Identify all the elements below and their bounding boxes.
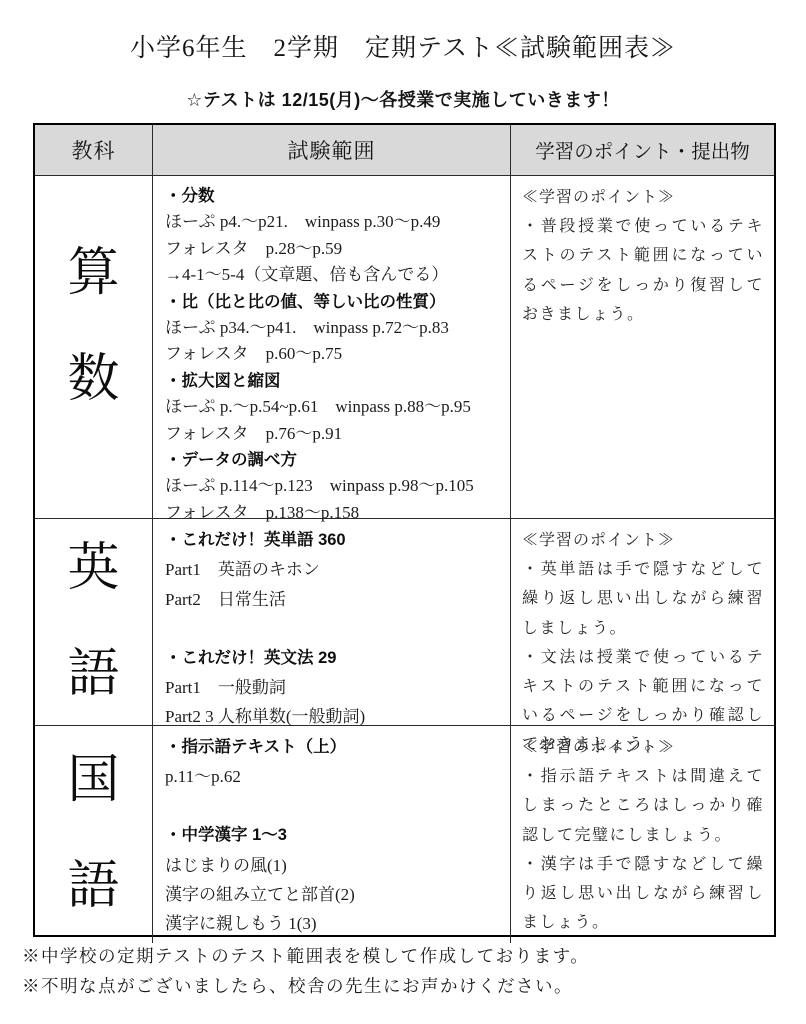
points-text: ・普段授業で使っているテキストのテスト範囲になっているページをしっかり復習してお… [522,212,764,329]
range-line: ほーぷ p4.～p21. winpass p.30～p.49 [165,209,506,235]
points-heading: ≪学習のポイント≫ [522,733,764,762]
range-line: Part1 一般動詞 [165,673,506,702]
range-line: →4-1～5-4（文章題、倍も含んでる） [165,262,506,288]
subject-char: 数 [67,354,119,406]
range-line: ・データの調べ方 [165,447,506,473]
test-range-table: 教科 試験範囲 学習のポイント・提出物 算 数 ・分数 ほーぷ p4.～p21.… [33,123,776,937]
points-text: ・漢字は手で隠すなどして繰り返し思い出しながら練習しましょう。 [522,850,764,938]
range-cell-english: ・これだけ！英単語 360 Part1 英語のキホン Part2 日常生活 ・こ… [153,519,511,726]
range-line: ・分数 [165,183,506,209]
footnotes: ※中学校の定期テストのテスト範囲表を模して作成しております。 ※不明な点がござい… [22,941,782,1001]
range-line: 漢字の組み立てと部首(2) [165,880,506,909]
subject-char: 語 [67,861,119,913]
footnote-line: ※中学校の定期テストのテスト範囲表を模して作成しております。 [22,941,782,971]
range-line: ほーぷ p.～p.54~p.61 winpass p.88～p.95 [165,394,506,420]
range-cell-japanese: ・指示語テキスト（上） p.11～p.62 ・中学漢字 1～3 はじまりの風(1… [153,726,511,943]
subject-cell-english: 英 語 [35,519,153,726]
points-cell-japanese: ≪学習のポイント≫ ・指示語テキストは間違えてしまったところはしっかり確認して完… [511,726,774,943]
subtitle-announcement: ☆テストは 12/15(月)～各授業で実施していきます！ [0,86,806,112]
range-line: フォレスタ p.76～p.91 [165,421,506,447]
range-line: はじまりの風(1) [165,851,506,880]
range-line: ほーぷ p34.～p41. winpass p.72～p.83 [165,315,506,341]
range-line: ほーぷ p.114～p.123 winpass p.98～p.105 [165,473,506,499]
range-line: ・指示語テキスト（上） [165,733,506,762]
footnote-line: ※不明な点がございましたら、校舎の先生にお声かけください。 [22,971,782,1001]
points-cell-math: ≪学習のポイント≫ ・普段授業で使っているテキストのテスト範囲になっているページ… [511,176,774,519]
subject-char: 語 [67,649,119,701]
range-line: 漢字に親しもう 1(3) [165,909,506,938]
range-line: ・これだけ！英単語 360 [165,526,506,555]
range-line [165,792,506,821]
header-test-range: 試験範囲 [153,125,511,176]
range-line: Part2 日常生活 [165,585,506,614]
points-text: ・英単語は手で隠すなどして繰り返し思い出しながら練習しましょう。 [522,555,764,643]
points-text: ・指示語テキストは間違えてしまったところはしっかり確認して完璧にしましょう。 [522,762,764,850]
page-title: 小学6年生 2学期 定期テスト≪試験範囲表≫ [0,28,806,64]
subject-char: 算 [67,248,119,300]
points-heading: ≪学習のポイント≫ [522,183,764,212]
header-subject: 教科 [35,125,153,176]
header-study-points: 学習のポイント・提出物 [511,125,774,176]
subject-cell-japanese: 国 語 [35,726,153,943]
range-line: ・拡大図と縮図 [165,368,506,394]
points-cell-english: ≪学習のポイント≫ ・英単語は手で隠すなどして繰り返し思い出しながら練習しましょ… [511,519,774,726]
subject-char: 英 [67,543,119,595]
document-page: 小学6年生 2学期 定期テスト≪試験範囲表≫ ☆テストは 12/15(月)～各授… [0,0,806,1024]
range-line: p.11～p.62 [165,762,506,791]
range-line: フォレスタ p.60～p.75 [165,341,506,367]
range-cell-math: ・分数 ほーぷ p4.～p21. winpass p.30～p.49 フォレスタ… [153,176,511,519]
subject-cell-math: 算 数 [35,176,153,519]
range-line: フォレスタ p.28～p.59 [165,236,506,262]
points-heading: ≪学習のポイント≫ [522,526,764,555]
range-line: ・中学漢字 1～3 [165,821,506,850]
range-line [165,614,506,643]
subject-char: 国 [67,755,119,807]
range-line: ・比（比と比の値、等しい比の性質） [165,289,506,315]
range-line: Part1 英語のキホン [165,555,506,584]
range-line: ・これだけ！英文法 29 [165,644,506,673]
